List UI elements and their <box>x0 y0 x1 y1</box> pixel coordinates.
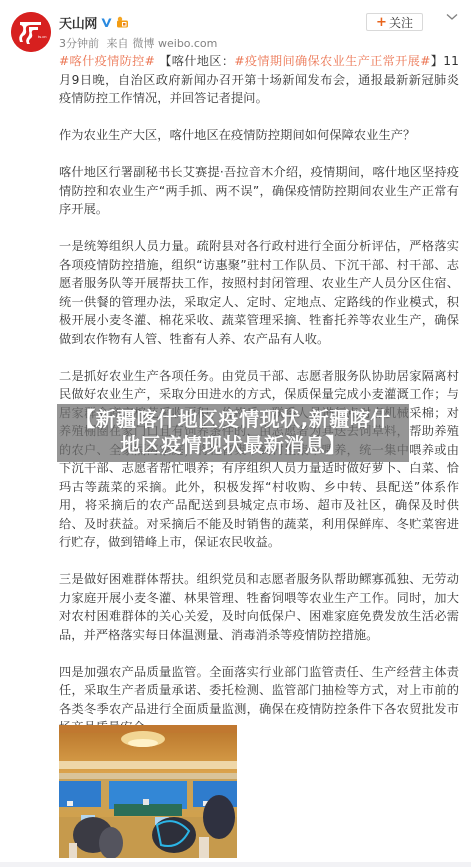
paragraph-question: 作为农业生产大区，喀什地区在疫情防控期间如何保障农业生产？ <box>59 126 459 145</box>
title-overlay: 【新疆喀什地区疫情现状,新疆喀什 地区疫情现状最新消息】 <box>57 404 409 462</box>
tianshan-logo-icon: ts.cn <box>11 12 51 52</box>
member-level-icon <box>116 16 129 28</box>
avatar[interactable]: ts.cn <box>11 12 51 52</box>
paragraph-point-1: 一是统筹组织人员力量。疏附县对各行政村进行全面分析评估，严格落实各项疫情防控措施… <box>59 237 459 348</box>
svg-text:ts.cn: ts.cn <box>38 34 46 39</box>
chevron-down-icon[interactable] <box>446 13 458 21</box>
source-prefix: 来自 <box>107 37 129 50</box>
plus-icon: + <box>376 16 387 29</box>
author-row: 天山网 <box>59 13 129 31</box>
post-source[interactable]: 微博 weibo.com <box>133 37 218 50</box>
hashtag-agriculture[interactable]: #疫情期间确保农业生产正常开展# <box>234 54 430 68</box>
hashtag-kashi-epidemic[interactable]: #喀什疫情防控# <box>59 54 155 68</box>
paragraph-point-3: 三是做好困难群体帮扶。组织党员和志愿者服务队帮助鳏寡孤独、无劳动力家庭开展小麦冬… <box>59 570 459 644</box>
overlay-line-1: 【新疆喀什地区疫情现状,新疆喀什 <box>57 406 409 432</box>
photo-image <box>59 725 237 858</box>
verified-v-icon <box>101 17 112 28</box>
lead-paragraph: #喀什疫情防控# 【喀什地区：#疫情期间确保农业生产正常开展#】11月9日晚，自… <box>59 52 459 108</box>
post-time[interactable]: 3分钟前 <box>59 37 99 50</box>
lead-bracket: 【喀什地区： <box>155 54 234 68</box>
follow-label: 关注 <box>389 14 413 31</box>
divider <box>0 862 471 867</box>
overlay-line-2: 地区疫情现状最新消息】 <box>57 432 409 458</box>
press-conference-photo[interactable] <box>59 725 237 858</box>
paragraph-intro: 喀什地区行署副秘书长艾赛提·吾拉音木介绍，疫情期间，喀什地区坚持疫情防控和农业生… <box>59 163 459 219</box>
follow-button[interactable]: + 关注 <box>366 13 423 31</box>
post-meta: 3分钟前 来自微博 weibo.com <box>59 35 221 51</box>
author-name[interactable]: 天山网 <box>59 13 97 32</box>
